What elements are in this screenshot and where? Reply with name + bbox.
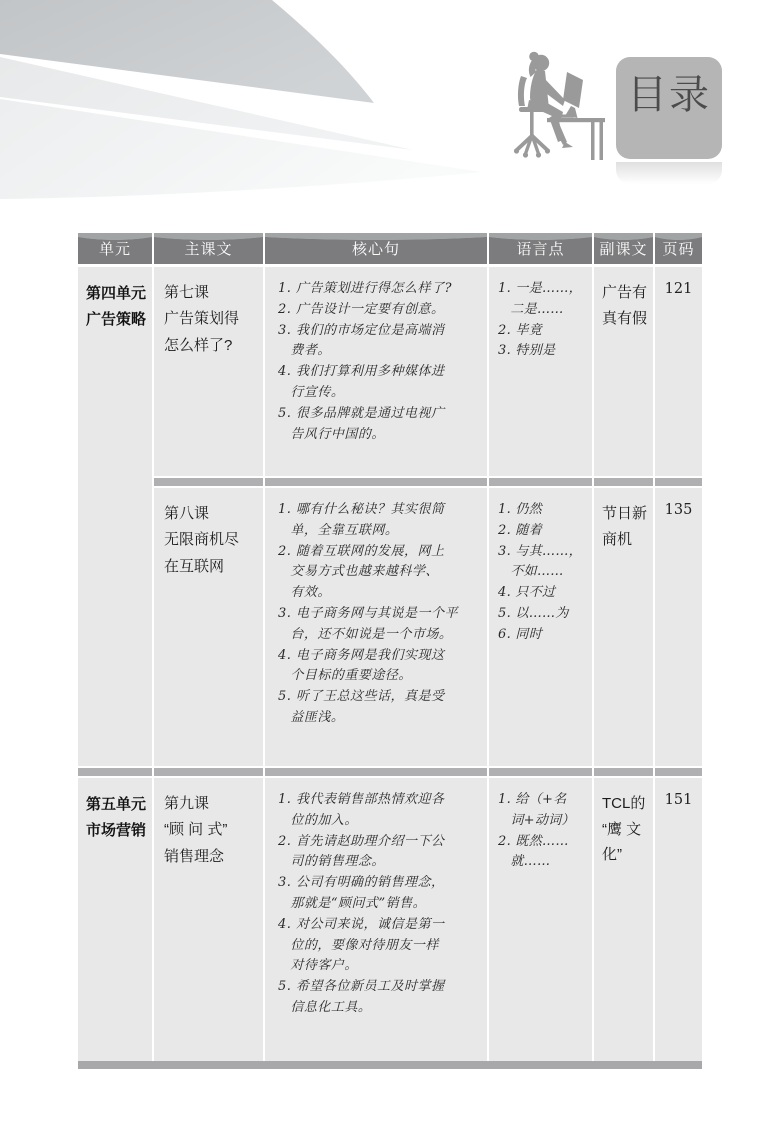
language-points-list: 1. 给（+名 词+动词） 2. 既然…… 就…… bbox=[489, 778, 592, 1061]
core-sentence: 2. 随着互联网的发展，网上 交易方式也越来越科学、 有效。 bbox=[278, 542, 481, 604]
language-point: 2. 毕竟 bbox=[498, 321, 590, 342]
core-sentence: 1. 我代表销售部热情欢迎各 位的加入。 bbox=[278, 790, 481, 832]
core-sentence: 3. 公司有明确的销售理念， 那就是“顾问式”销售。 bbox=[278, 873, 481, 915]
column-header-main-text: 主课文 bbox=[154, 233, 263, 264]
page-number: 121 bbox=[655, 267, 702, 476]
unit-separator-segment bbox=[594, 768, 653, 776]
unit-name: 第四单元 广告策略 bbox=[78, 267, 152, 766]
unit-separator-segment bbox=[154, 768, 263, 776]
unit-separator-segment bbox=[655, 768, 702, 776]
lesson-title: 第九课 “顾 问 式” 销售理念 bbox=[154, 778, 263, 1061]
sub-text: 节日新 商机 bbox=[594, 488, 653, 766]
core-sentence: 5. 听了王总这些话，真是受 益匪浅。 bbox=[278, 687, 481, 729]
language-point: 6. 同时 bbox=[498, 625, 590, 646]
core-sentence: 4. 电子商务网是我们实现这 个目标的重要途径。 bbox=[278, 646, 481, 688]
language-point: 5. 以……为 bbox=[498, 604, 590, 625]
language-point: 2. 随着 bbox=[498, 521, 590, 542]
table-bottom-bar bbox=[78, 1061, 702, 1069]
language-point: 3. 特别是 bbox=[498, 341, 590, 362]
core-sentence: 5. 很多品牌就是通过电视广 告风行中国的。 bbox=[278, 404, 481, 446]
column-header-sub-text: 副课文 bbox=[594, 233, 653, 264]
unit-block-5: 第五单元 市场营销 第九课 “顾 问 式” 销售理念 1. 我代表销售部热情欢迎… bbox=[78, 778, 702, 1061]
lesson-separator bbox=[489, 478, 592, 486]
language-point: 2. 既然…… 就…… bbox=[498, 832, 590, 874]
column-header-page: 页码 bbox=[655, 233, 702, 264]
lesson-separator bbox=[265, 478, 487, 486]
core-sentence: 4. 对公司来说，诚信是第一 位的，要像对待朋友一样 对待客户。 bbox=[278, 915, 481, 977]
language-points-list: 1. 一是……， 二是…… 2. 毕竟 3. 特别是 bbox=[489, 267, 592, 476]
core-sentences-list: 1. 哪有什么秘诀？其实很简 单，全靠互联网。 2. 随着互联网的发展，网上 交… bbox=[265, 488, 487, 766]
unit-separator-segment bbox=[489, 768, 592, 776]
page-title: 目录 bbox=[616, 57, 722, 159]
column-header-language-points: 语言点 bbox=[489, 233, 592, 264]
toc-table: 单元 主课文 核心句 语言点 副课文 页码 第四单元 广告策略 第七课 广告策划… bbox=[78, 233, 702, 1069]
woman-at-computer-icon bbox=[503, 50, 605, 168]
unit-separator-segment bbox=[78, 768, 152, 776]
core-sentence: 2. 广告设计一定要有创意。 bbox=[278, 300, 481, 321]
column-header-unit: 单元 bbox=[78, 233, 152, 264]
unit-name: 第五单元 市场营销 bbox=[78, 778, 152, 1061]
language-point: 1. 给（+名 词+动词） bbox=[498, 790, 590, 832]
unit-separator bbox=[78, 768, 702, 776]
column-header-core-sentences: 核心句 bbox=[265, 233, 487, 264]
sub-text: TCL的 “鹰 文 化” bbox=[594, 778, 653, 1061]
language-point: 4. 只不过 bbox=[498, 583, 590, 604]
core-sentence: 3. 我们的市场定位是高端消 费者。 bbox=[278, 321, 481, 363]
lesson-title: 第七课 广告策划得 怎么样了? bbox=[154, 267, 263, 476]
core-sentence: 4. 我们打算利用多种媒体进 行宣传。 bbox=[278, 362, 481, 404]
lesson-separator bbox=[594, 478, 653, 486]
lesson-separator bbox=[154, 478, 263, 486]
lesson-separator bbox=[655, 478, 702, 486]
language-point: 3. 与其……， 不如…… bbox=[498, 542, 590, 584]
page-number: 135 bbox=[655, 488, 702, 766]
unit-separator-segment bbox=[265, 768, 487, 776]
language-points-list: 1. 仍然 2. 随着 3. 与其……， 不如…… 4. 只不过 5. 以……为… bbox=[489, 488, 592, 766]
language-point: 1. 一是……， 二是…… bbox=[498, 279, 590, 321]
page-number: 151 bbox=[655, 778, 702, 1061]
toc-page: { "header": { "title_box_label": "目录", "… bbox=[0, 0, 779, 1130]
lesson-title: 第八课 无限商机尽 在互联网 bbox=[154, 488, 263, 766]
core-sentence: 5. 希望各位新员工及时掌握 信息化工具。 bbox=[278, 977, 481, 1019]
title-box-reflection bbox=[616, 162, 722, 184]
core-sentences-list: 1. 广告策划进行得怎么样了? 2. 广告设计一定要有创意。 3. 我们的市场定… bbox=[265, 267, 487, 476]
core-sentences-list: 1. 我代表销售部热情欢迎各 位的加入。 2. 首先请赵助理介绍一下公 司的销售… bbox=[265, 778, 487, 1061]
unit-block-4: 第四单元 广告策略 第七课 广告策划得 怎么样了? 1. 广告策划进行得怎么样了… bbox=[78, 267, 702, 766]
core-sentence: 1. 广告策划进行得怎么样了? bbox=[278, 279, 481, 300]
language-point: 1. 仍然 bbox=[498, 500, 590, 521]
sub-text: 广告有 真有假 bbox=[594, 267, 653, 476]
core-sentence: 1. 哪有什么秘诀？其实很简 单，全靠互联网。 bbox=[278, 500, 481, 542]
core-sentence: 2. 首先请赵助理介绍一下公 司的销售理念。 bbox=[278, 832, 481, 874]
table-header-row: 单元 主课文 核心句 语言点 副课文 页码 bbox=[78, 233, 702, 264]
core-sentence: 3. 电子商务网与其说是一个平 台，还不如说是一个市场。 bbox=[278, 604, 481, 646]
